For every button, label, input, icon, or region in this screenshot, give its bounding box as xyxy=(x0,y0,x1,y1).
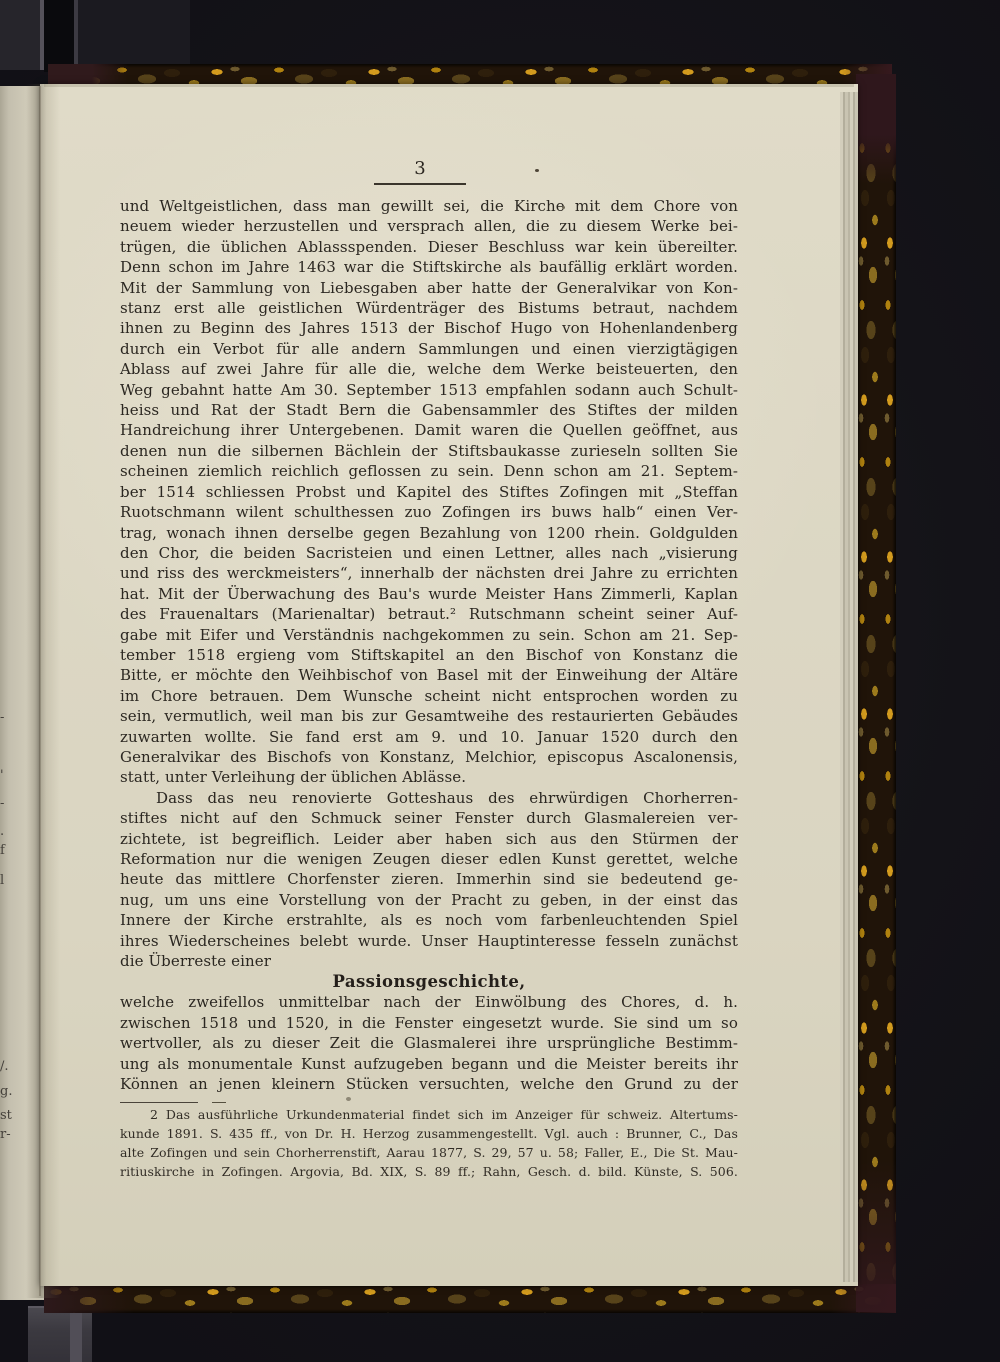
text-line: hat. Mit der Überwachung des Bau's wurde… xyxy=(120,584,738,604)
text-line: durch ein Verbot für alle andern Sammlun… xyxy=(120,339,738,359)
margin-text-fragment: r- xyxy=(0,1127,11,1142)
text-line: ung als monumentale Kunst aufzugeben beg… xyxy=(120,1054,738,1074)
text-line: den Chor, die beiden Sacristeien und ein… xyxy=(120,543,738,563)
text-line: Bitte, er möchte den Weihbischof von Bas… xyxy=(120,665,738,685)
text-line: Denn schon im Jahre 1463 war die Stiftsk… xyxy=(120,257,738,277)
margin-text-fragment: - xyxy=(0,710,4,725)
facing-page-text-fragments: -'-.fl/.g.str- xyxy=(0,0,14,1362)
text-line: des Frauenaltars (Marienaltar) betraut.²… xyxy=(120,604,738,624)
text-line: Handreichung ihrer Untergebenen. Damit w… xyxy=(120,420,738,440)
margin-text-fragment: g. xyxy=(0,1084,12,1099)
text-line: kunde 1891. S. 435 ff., von Dr. H. Herzo… xyxy=(120,1124,738,1143)
marbled-board-bottom-edge xyxy=(44,1284,896,1313)
gutter-shadow xyxy=(26,84,60,1298)
text-line: zuwarten wollte. Sie fand erst am 9. und… xyxy=(120,727,738,747)
marbled-board-right-edge xyxy=(856,74,896,1312)
text-line: Reformation nur die wenigen Zeugen diese… xyxy=(120,849,738,869)
text-line: stiftes nicht auf den Schmuck seiner Fen… xyxy=(120,808,738,828)
text-line: trügen, die üblichen Ablassspenden. Dies… xyxy=(120,237,738,257)
footnote-rule-dash xyxy=(212,1102,226,1103)
text-line: zichtete, ist begreiflich. Leider aber h… xyxy=(120,829,738,849)
footnote-rule xyxy=(120,1102,198,1103)
body-paragraph-2: Dass das neu renovierte Gotteshaus des e… xyxy=(120,788,738,972)
text-line: ber 1514 schliessen Probst und Kapitel d… xyxy=(120,482,738,502)
text-line: wertvoller, als zu dieser Zeit die Glasm… xyxy=(120,1033,738,1053)
text-line: zwischen 1518 und 1520, in die Fenster e… xyxy=(120,1013,738,1033)
margin-text-fragment: l xyxy=(0,873,4,888)
ink-speck xyxy=(535,169,539,172)
book-cover-gap xyxy=(44,0,74,72)
margin-text-fragment: f xyxy=(0,843,5,858)
ink-speck xyxy=(346,1097,351,1101)
gutter-crease xyxy=(39,86,41,1296)
text-column: und Weltgeistlichen, dass man gewillt se… xyxy=(120,196,738,1181)
footnote: 2 Das ausführliche Urkundenmaterial find… xyxy=(120,1105,738,1181)
text-line: Dass das neu renovierte Gotteshaus des e… xyxy=(120,788,738,808)
margin-text-fragment: ' xyxy=(0,768,4,783)
text-line: die Überreste einer xyxy=(120,951,738,971)
text-line: heute das mittlere Chorfenster zieren. I… xyxy=(120,869,738,889)
page-number: 3 xyxy=(374,158,466,185)
page-top-edge xyxy=(44,84,854,87)
text-line: Weg gebahnt hatte Am 30. September 1513 … xyxy=(120,380,738,400)
text-line: trag, wonach ihnen derselbe gegen Bezahl… xyxy=(120,523,738,543)
text-line: heiss und Rat der Stadt Bern die Gabensa… xyxy=(120,400,738,420)
text-line: welche zweifellos unmittelbar nach der E… xyxy=(120,992,738,1012)
text-line: Können an jenen kleinern Stücken versuch… xyxy=(120,1074,738,1094)
body-paragraph-3: welche zweifellos unmittelbar nach der E… xyxy=(120,992,738,1094)
ink-speck xyxy=(562,206,565,209)
body-paragraph-1: und Weltgeistlichen, dass man gewillt se… xyxy=(120,196,738,788)
margin-text-fragment: - xyxy=(0,796,4,811)
page-fore-edge-stack xyxy=(840,92,858,1282)
text-line: scheinen ziemlich reichlich geflossen zu… xyxy=(120,461,738,481)
text-line: 2 Das ausführliche Urkundenmaterial find… xyxy=(120,1105,738,1124)
section-heading: Passionsgeschichte, xyxy=(120,971,738,992)
book-cover-shadow xyxy=(78,0,190,66)
text-line: nug, um uns eine Vorstellung von der Pra… xyxy=(120,890,738,910)
text-line: und riss des werckmeisters“, innerhalb d… xyxy=(120,563,738,583)
text-line: Generalvikar des Bischofs von Konstanz, … xyxy=(120,747,738,767)
book-cover-corner xyxy=(28,1306,92,1362)
text-line: ritiuskirche in Zofingen. Argovia, Bd. X… xyxy=(120,1162,738,1181)
text-line: Mit der Sammlung von Liebesgaben aber ha… xyxy=(120,278,738,298)
text-line: Ablass auf zwei Jahre für alle die, welc… xyxy=(120,359,738,379)
text-line: und Weltgeistlichen, dass man gewillt se… xyxy=(120,196,738,216)
text-line: ihres Wiederscheines belebt wurde. Unser… xyxy=(120,931,738,951)
text-line: ihnen zu Beginn des Jahres 1513 der Bisc… xyxy=(120,318,738,338)
text-line: im Chore betrauen. Dem Wunsche scheint n… xyxy=(120,686,738,706)
text-line: tember 1518 ergieng vom Stiftskapitel an… xyxy=(120,645,738,665)
margin-text-fragment: . xyxy=(0,824,4,839)
margin-text-fragment: /. xyxy=(0,1059,9,1074)
text-line: gabe mit Eifer und Verständnis nachgekom… xyxy=(120,625,738,645)
text-line: Ruotschmann wilent schulthessen zuo Zofi… xyxy=(120,502,738,522)
text-line: sein, vermutlich, weil man bis zur Gesam… xyxy=(120,706,738,726)
text-line: neuem wieder herzustellen und versprach … xyxy=(120,216,738,236)
margin-text-fragment: st xyxy=(0,1108,12,1123)
text-line: Innere der Kirche erstrahlte, als es noc… xyxy=(120,910,738,930)
text-line: denen nun die silbernen Bächlein der Sti… xyxy=(120,441,738,461)
text-line: alte Zofingen und sein Chorherrenstift, … xyxy=(120,1143,738,1162)
text-line: stanz erst alle geistlichen Würdenträger… xyxy=(120,298,738,318)
text-line: statt, unter Verleihung der üblichen Abl… xyxy=(120,767,738,787)
